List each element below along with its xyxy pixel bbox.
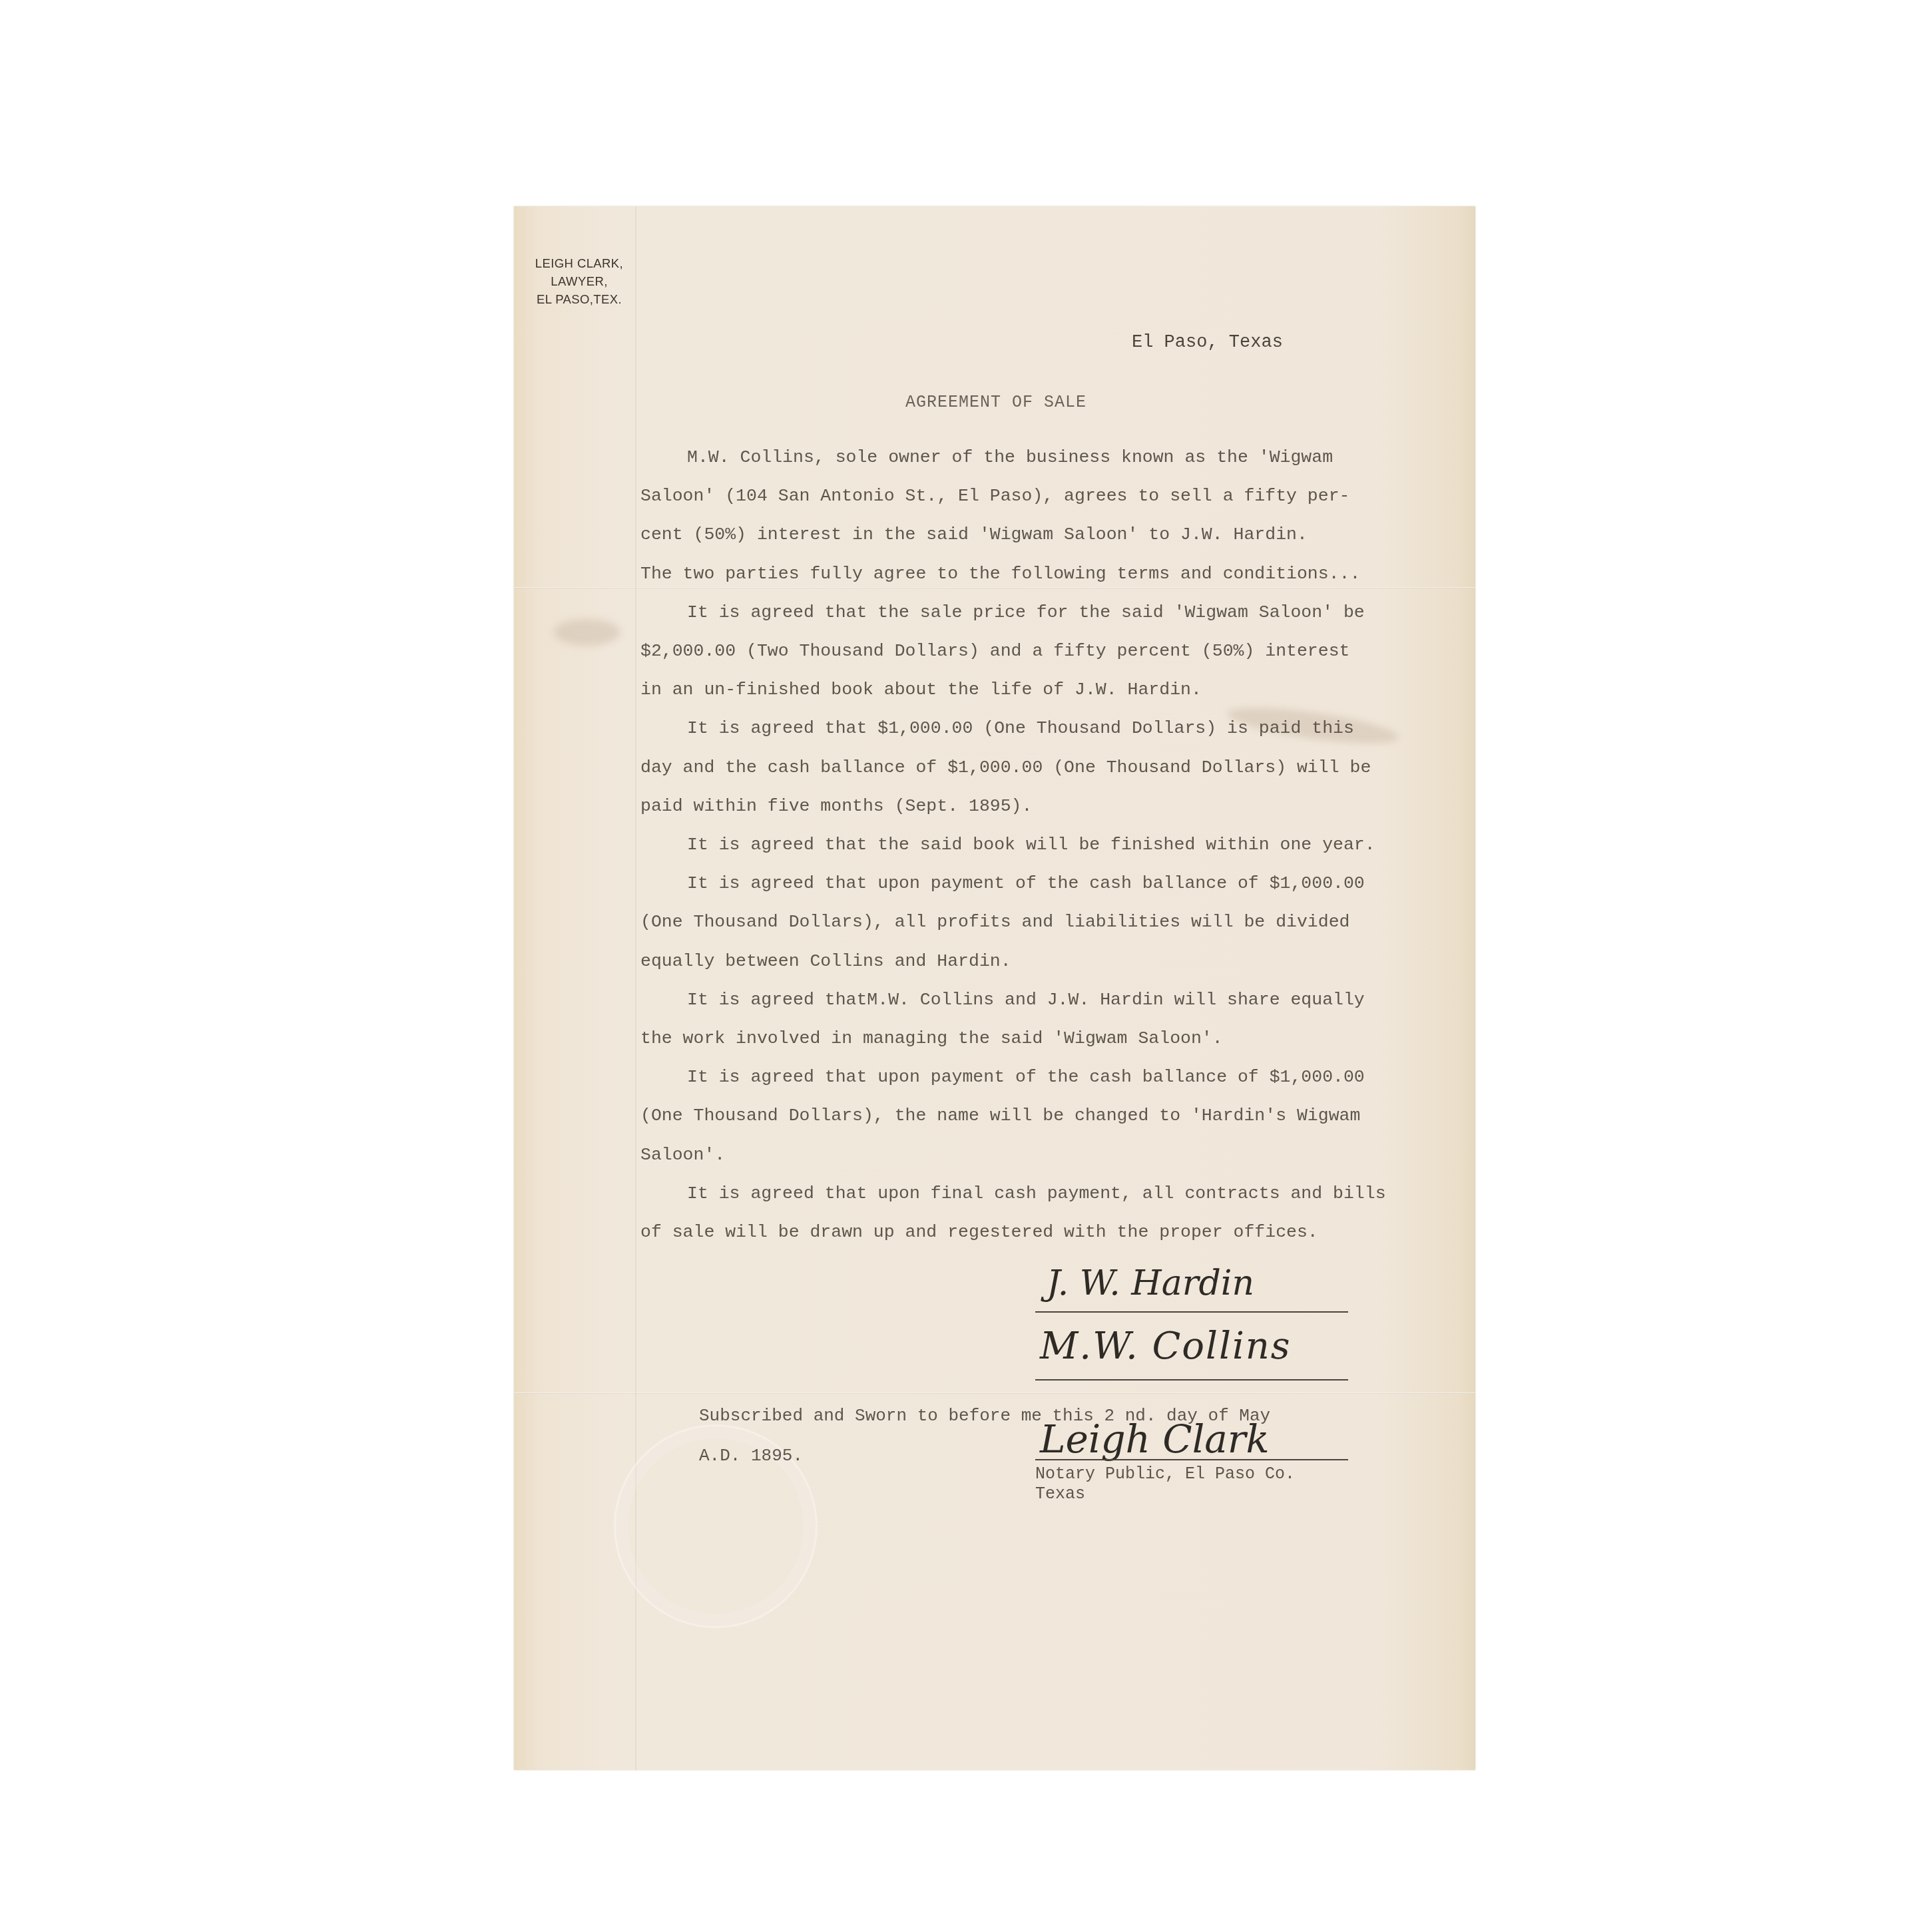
body-line: It is agreed thatM.W. Collins and J.W. H… [687,990,1365,1010]
letterhead: LEIGH CLARK, LAWYER, EL PASO,TEX. [523,254,635,308]
body-line: $2,000.00 (Two Thousand Dollars) and a f… [640,641,1349,661]
signature-hardin: J. W. Hardin [1047,1263,1254,1303]
body-line: (One Thousand Dollars), all profits and … [640,912,1349,932]
body-line: paid within five months (Sept. 1895). [640,796,1032,816]
place-line: El Paso, Texas [1132,333,1283,353]
body-line: It is agreed that the said book will be … [687,835,1375,855]
notary-date: A.D. 1895. [699,1446,803,1466]
notary-title: Notary Public, El Paso Co. [1035,1464,1295,1484]
fold-line [514,1392,1475,1394]
body-line: It is agreed that $1,000.00 (One Thousan… [687,718,1354,738]
body-line: (One Thousand Dollars), the name will be… [640,1106,1360,1126]
body-line: It is agreed that the sale price for the… [687,602,1365,622]
body-line: the work involved in managing the said '… [640,1028,1223,1048]
fold-line [514,587,1475,588]
signature-line [1035,1459,1348,1460]
body-line: day and the cash ballance of $1,000.00 (… [640,757,1371,777]
signature-line [1035,1311,1348,1313]
body-line: It is agreed that upon payment of the ca… [687,1067,1365,1087]
body-line: in an un-finished book about the life of… [640,680,1202,700]
body-line: of sale will be drawn up and regestered … [640,1222,1318,1242]
document-page: LEIGH CLARK, LAWYER, EL PASO,TEX. El Pas… [514,206,1475,1770]
signature-line [1035,1379,1348,1381]
signature-collins: M.W. Collins [1040,1325,1292,1368]
document-title: AGREEMENT OF SALE [905,393,1087,412]
body-line: cent (50%) interest in the said 'Wigwam … [640,525,1308,544]
letterhead-line: LEIGH CLARK, [523,254,635,272]
body-line: It is agreed that upon final cash paymen… [687,1183,1386,1203]
stain [554,619,620,646]
body-line: Saloon'. [640,1145,725,1165]
letterhead-line: LAWYER, [523,272,635,290]
body-line: Saloon' (104 San Antonio St., El Paso), … [640,486,1349,506]
letterhead-line: EL PASO,TEX. [523,290,635,308]
signature-notary: Leigh Clark [1040,1416,1270,1462]
body-line: The two parties fully agree to the follo… [640,564,1360,584]
body-line: M.W. Collins, sole owner of the business… [687,447,1333,467]
body-line: equally between Collins and Hardin. [640,951,1011,971]
body-line: It is agreed that upon payment of the ca… [687,873,1365,893]
notary-state: Texas [1035,1484,1085,1504]
